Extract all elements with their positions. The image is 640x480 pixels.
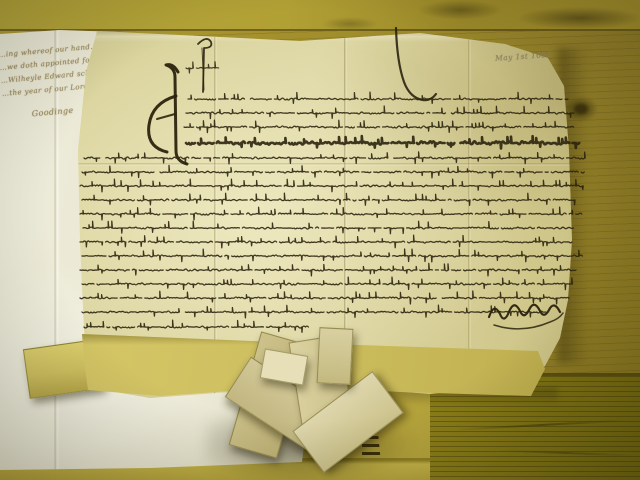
photo-frame: …ing whereof our hand… …we doth appointe… — [0, 0, 640, 480]
wood-plank-top — [0, 0, 640, 31]
seal-tag-through-slit — [317, 327, 354, 385]
parchment-fold-crease — [0, 163, 640, 166]
